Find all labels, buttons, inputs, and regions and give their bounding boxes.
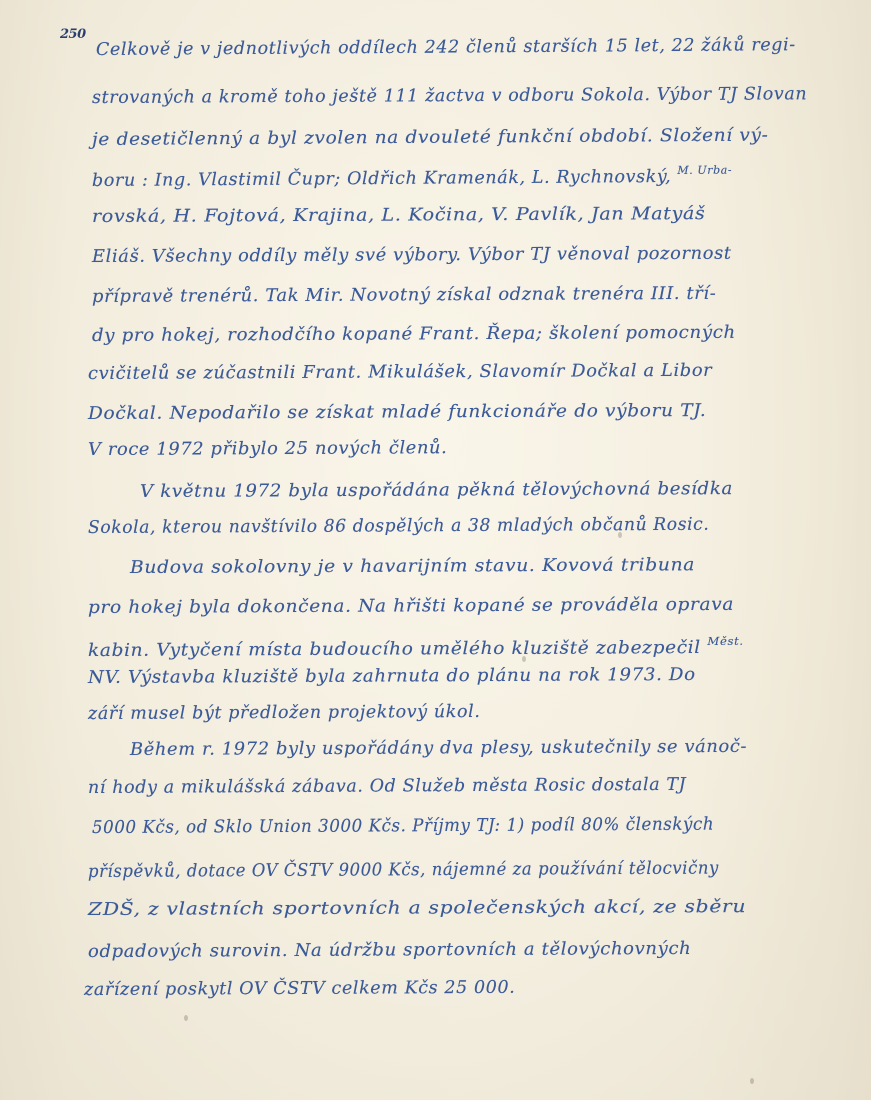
text-line-25: zařízení poskytl OV ČSTV celkem Kčs 25 0…	[84, 978, 516, 1000]
ink-speck	[618, 532, 622, 538]
text-line-24: odpadových surovin. Na údržbu sportovníc…	[88, 939, 691, 962]
superscript-note: M. Urba-	[677, 164, 732, 177]
text-line-11: V roce 1972 přibylo 25 nových členů.	[88, 438, 448, 460]
text-line-23: ZDŠ, z vlastních sportovních a společens…	[88, 897, 746, 920]
text-line-7: přípravě trenérů. Tak Mir. Novotný získa…	[92, 284, 716, 307]
text-line-21: 5000 Kčs, od Sklo Union 3000 Kčs. Příjmy…	[92, 815, 714, 838]
text-line-20: ní hody a mikulášská zábava. Od Služeb m…	[88, 775, 686, 798]
handwritten-page: 250 Celkově je v jednotlivých oddílech 2…	[0, 0, 871, 1100]
text-line-17: NV. Výstavba kluziště byla zahrnuta do p…	[88, 665, 696, 688]
text-line-2: strovaných a kromě toho ještě 111 žactva…	[92, 84, 807, 108]
text-line-18: září musel být předložen projektový úkol…	[88, 702, 481, 724]
text-line-8: dy pro hokej, rozhodčího kopané Frant. Ř…	[92, 323, 736, 346]
text-line-14: Budova sokolovny je v havarijním stavu. …	[130, 555, 695, 578]
text-line-10: Dočkal. Nepodařilo se získat mladé funkc…	[88, 401, 706, 424]
text-line-16-main: kabin. Vytyčení místa budoucího umělého …	[88, 638, 701, 661]
text-line-16: kabin. Vytyčení místa budoucího umělého …	[88, 635, 744, 661]
text-line-9: cvičitelů se zúčastnili Frant. Mikulášek…	[88, 361, 712, 384]
superscript-note: Měst.	[707, 635, 743, 648]
text-line-1: Celkově je v jednotlivých oddílech 242 č…	[96, 35, 796, 60]
ink-speck	[522, 656, 526, 662]
text-line-4-main: boru : Ing. Vlastimil Čupr; Oldřich Kram…	[92, 167, 671, 191]
ink-speck	[750, 1078, 754, 1084]
text-line-4: boru : Ing. Vlastimil Čupr; Oldřich Kram…	[92, 164, 732, 191]
text-line-15: pro hokej byla dokončena. Na hřišti kopa…	[88, 595, 734, 618]
text-line-19: Během r. 1972 byly uspořádány dva plesy,…	[130, 737, 747, 760]
text-line-13: Sokola, kterou navštívilo 86 dospělých a…	[88, 515, 709, 538]
text-line-5: rovská, H. Fojtová, Krajina, L. Kočina, …	[92, 204, 706, 227]
text-line-12: V květnu 1972 byla uspořádána pěkná tělo…	[140, 479, 733, 502]
ink-speck	[184, 1015, 188, 1021]
text-line-22: příspěvků, dotace OV ČSTV 9000 Kčs, náje…	[88, 858, 719, 882]
page-number: 250	[60, 27, 86, 42]
text-line-6: Eliáš. Všechny oddíly měly své výbory. V…	[92, 244, 732, 267]
text-line-3: je desetičlenný a byl zvolen na dvouleté…	[92, 126, 769, 150]
